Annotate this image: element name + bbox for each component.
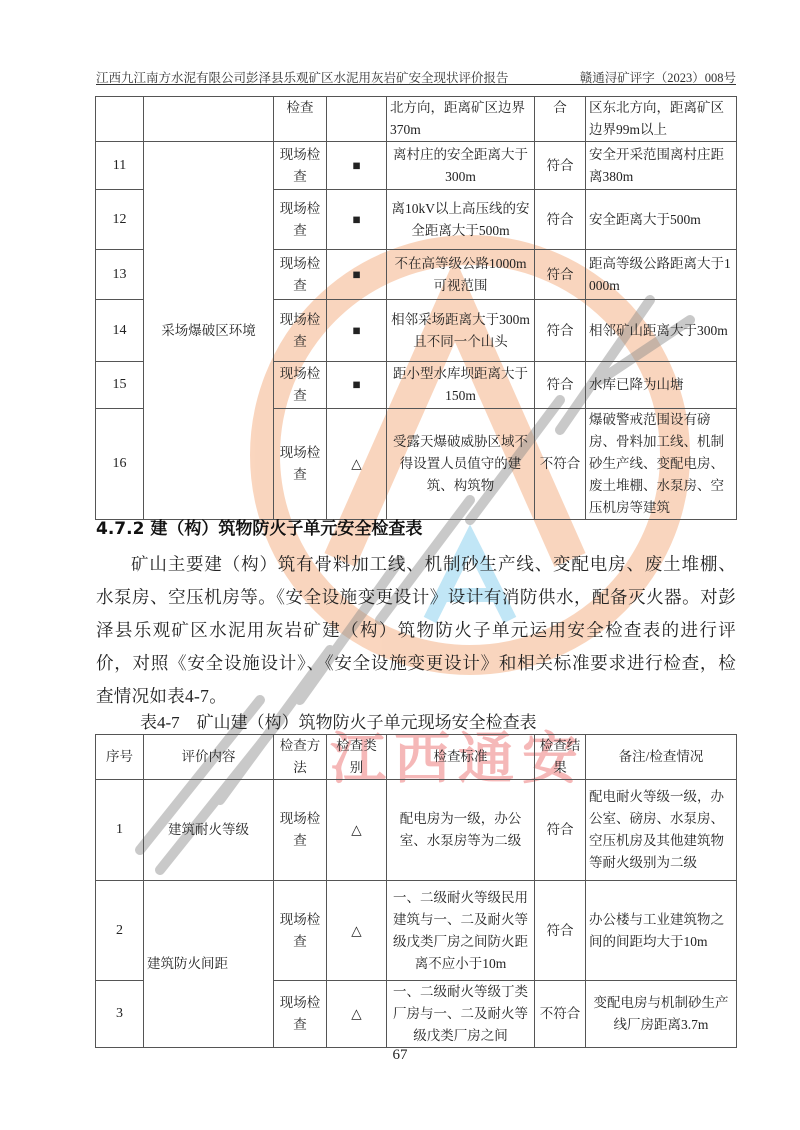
table-row: 2 建筑防火间距 现场检查 △ 一、二级耐火等级民用建筑与一、二及耐火等级戊类厂… bbox=[96, 881, 737, 981]
check-result: 符合 bbox=[535, 780, 586, 881]
header-content: 评价内容 bbox=[144, 735, 274, 780]
check-result: 符合 bbox=[535, 300, 586, 362]
check-standard: 距小型水库坝距离大于150m bbox=[387, 362, 535, 409]
section-paragraph: 矿山主要建（构）筑有骨料加工线、机制砂生产线、变配电房、废土堆棚、水泵房、空压机… bbox=[96, 548, 736, 713]
mandatory-item-icon: ■ bbox=[327, 190, 387, 250]
check-standard: 北方向，距离矿区边界370m bbox=[387, 97, 535, 142]
check-method: 现场检查 bbox=[274, 190, 327, 250]
check-method: 现场检查 bbox=[274, 362, 327, 409]
category-cell: 采场爆破区环境 bbox=[144, 142, 274, 520]
header-method: 检查方法 bbox=[274, 735, 327, 780]
check-standard: 受露天爆破威胁区域不得设置人员值守的建筑、构筑物 bbox=[387, 409, 535, 520]
evaluation-content: 建筑防火间距 bbox=[144, 881, 274, 1048]
page-number: 67 bbox=[0, 1047, 800, 1064]
row-number: 11 bbox=[96, 142, 144, 190]
table-row: 检查 北方向，距离矿区边界370m 合 区东北方向，距离矿区边界99m以上 bbox=[96, 97, 737, 142]
header-note: 备注/检查情况 bbox=[586, 735, 737, 780]
row-number: 13 bbox=[96, 250, 144, 300]
check-standard: 一、二级耐火等级民用建筑与一、二及耐火等级戊类厂房之间防火距离不应小于10m bbox=[387, 881, 535, 981]
header-standard: 检查标准 bbox=[387, 735, 535, 780]
check-method: 现场检查 bbox=[274, 409, 327, 520]
header-result: 检查结果 bbox=[535, 735, 586, 780]
check-note: 水库已降为山塘 bbox=[586, 362, 737, 409]
table-caption: 表4-7 矿山建（构）筑物防火子单元现场安全检查表 bbox=[140, 708, 537, 733]
check-result: 合 bbox=[535, 97, 586, 142]
row-number: 12 bbox=[96, 190, 144, 250]
check-note: 安全开采范围离村庄距离380m bbox=[586, 142, 737, 190]
row-number: 16 bbox=[96, 409, 144, 520]
table-row: 1 建筑耐火等级 现场检查 △ 配电房为一级，办公室、水泵房等为二级 符合 配电… bbox=[96, 780, 737, 881]
check-result: 符合 bbox=[535, 881, 586, 981]
page-header: 江西九江南方水泥有限公司彭泽县乐观矿区水泥用灰岩矿安全现状评价报告 赣通浔矿评字… bbox=[96, 66, 736, 85]
row-number: 15 bbox=[96, 362, 144, 409]
check-result: 符合 bbox=[535, 362, 586, 409]
document-number: 赣通浔矿评字（2023）008号 bbox=[580, 68, 736, 86]
check-standard: 相邻采场距离大于300m且不同一个山头 bbox=[387, 300, 535, 362]
check-method: 现场检查 bbox=[274, 881, 327, 981]
check-method: 现场检查 bbox=[274, 250, 327, 300]
header-type: 检查类别 bbox=[327, 735, 387, 780]
check-result: 符合 bbox=[535, 190, 586, 250]
general-item-icon: △ bbox=[327, 881, 387, 981]
check-result: 符合 bbox=[535, 142, 586, 190]
row-number: 2 bbox=[96, 881, 144, 981]
check-note: 安全距离大于500m bbox=[586, 190, 737, 250]
header-no: 序号 bbox=[96, 735, 144, 780]
check-note: 办公楼与工业建筑物之间的间距均大于10m bbox=[586, 881, 737, 981]
check-method: 检查 bbox=[274, 97, 327, 142]
check-note: 距高等级公路距离大于1000m bbox=[586, 250, 737, 300]
check-result: 符合 bbox=[535, 250, 586, 300]
check-note: 变配电房与机制砂生产线厂房距离3.7m bbox=[586, 981, 737, 1048]
mandatory-item-icon: ■ bbox=[327, 362, 387, 409]
table-header-row: 序号 评价内容 检查方法 检查类别 检查标准 检查结果 备注/检查情况 bbox=[96, 735, 737, 780]
fire-protection-table: 序号 评价内容 检查方法 检查类别 检查标准 检查结果 备注/检查情况 1 建筑… bbox=[95, 734, 737, 1048]
check-standard: 离村庄的安全距离大于300m bbox=[387, 142, 535, 190]
row-number: 3 bbox=[96, 981, 144, 1048]
check-note: 爆破警戒范围设有磅房、骨料加工线、机制砂生产线、变配电房、废土堆棚、水泵房、空压… bbox=[586, 409, 737, 520]
check-method: 现场检查 bbox=[274, 780, 327, 881]
check-result: 不符合 bbox=[535, 409, 586, 520]
section-heading: 4.7.2 建（构）筑物防火子单元安全检查表 bbox=[96, 514, 422, 539]
general-item-icon: △ bbox=[327, 780, 387, 881]
row-number: 14 bbox=[96, 300, 144, 362]
mandatory-item-icon: ■ bbox=[327, 250, 387, 300]
check-method: 现场检查 bbox=[274, 300, 327, 362]
general-item-icon: △ bbox=[327, 409, 387, 520]
report-title: 江西九江南方水泥有限公司彭泽县乐观矿区水泥用灰岩矿安全现状评价报告 bbox=[96, 68, 509, 86]
table-row: 11 采场爆破区环境 现场检查 ■ 离村庄的安全距离大于300m 符合 安全开采… bbox=[96, 142, 737, 190]
check-note: 区东北方向，距离矿区边界99m以上 bbox=[586, 97, 737, 142]
mandatory-item-icon: ■ bbox=[327, 142, 387, 190]
blasting-environment-table: 检查 北方向，距离矿区边界370m 合 区东北方向，距离矿区边界99m以上 11… bbox=[95, 96, 737, 520]
category-cell bbox=[144, 97, 274, 142]
row-number: 1 bbox=[96, 780, 144, 881]
row-number bbox=[96, 97, 144, 142]
evaluation-content: 建筑耐火等级 bbox=[144, 780, 274, 881]
check-method: 现场检查 bbox=[274, 142, 327, 190]
check-note: 相邻矿山距离大于300m bbox=[586, 300, 737, 362]
check-standard: 配电房为一级，办公室、水泵房等为二级 bbox=[387, 780, 535, 881]
general-item-icon: △ bbox=[327, 981, 387, 1048]
mandatory-item-icon: ■ bbox=[327, 300, 387, 362]
check-type bbox=[327, 97, 387, 142]
check-method: 现场检查 bbox=[274, 981, 327, 1048]
check-standard: 一、二级耐火等级丁类厂房与一、二及耐火等级戊类厂房之间 bbox=[387, 981, 535, 1048]
check-standard: 不在高等级公路1000m可视范围 bbox=[387, 250, 535, 300]
check-result: 不符合 bbox=[535, 981, 586, 1048]
check-note: 配电耐火等级一级，办公室、磅房、水泵房、空压机房及其他建筑物等耐火级别为二级 bbox=[586, 780, 737, 881]
check-standard: 离10kV以上高压线的安全距离大于500m bbox=[387, 190, 535, 250]
